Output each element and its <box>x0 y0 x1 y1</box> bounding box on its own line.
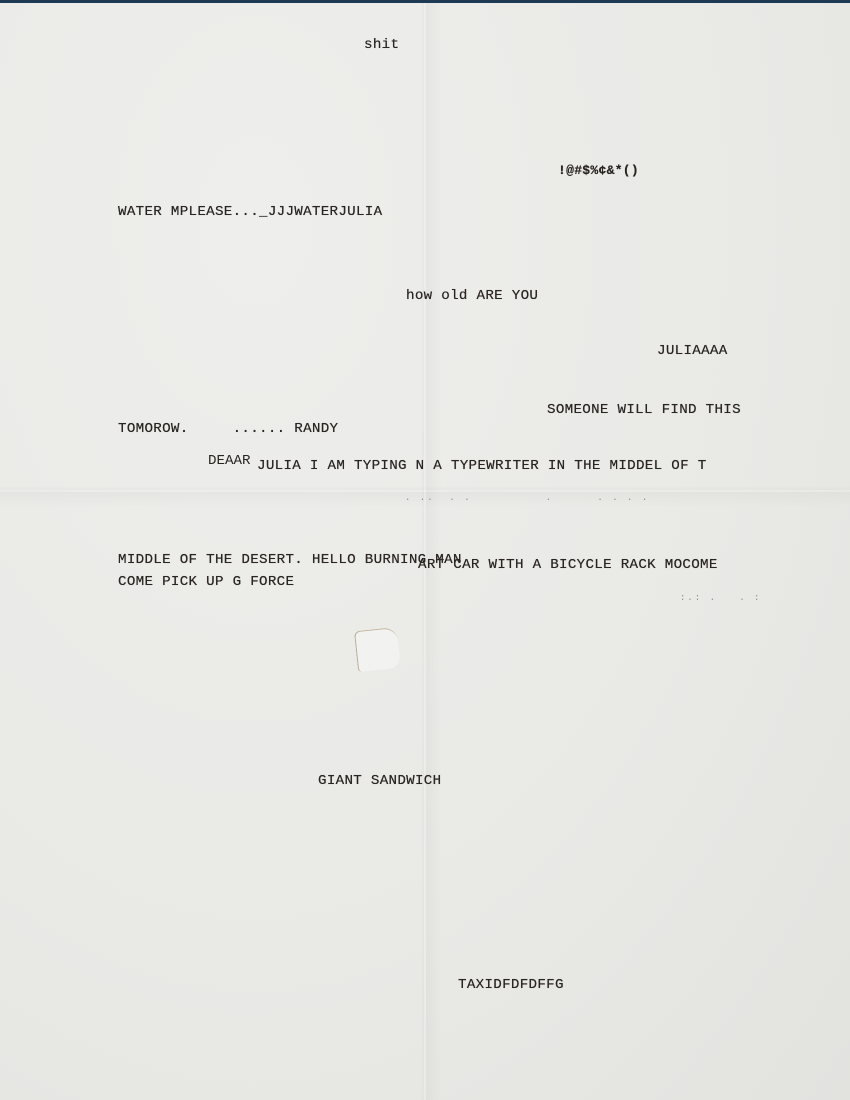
faint-impressions-2: :.: . . : <box>680 593 761 603</box>
water-line: WATER MPLEASE..._JJJWATERJULIA <box>118 204 382 220</box>
come-pick-line: COME PICK UP G FORCE <box>118 574 294 590</box>
tomorow-randy-line: TOMOROW. ...... RANDY <box>118 421 338 437</box>
faint-impressions: . .. . . . . . . . <box>405 493 649 503</box>
how-old-line: how old ARE YOU <box>406 288 538 304</box>
symbol-row: !@#$%¢&*() <box>558 163 639 178</box>
juliaaaa-line: JULIAAAA <box>657 343 728 359</box>
someone-line: SOMEONE WILL FIND THIS <box>547 402 741 418</box>
paper-tear-mark <box>354 627 401 672</box>
paper-page: shit !@#$%¢&*() WATER MPLEASE..._JJJWATE… <box>0 3 850 1100</box>
giant-sandwich-line: GIANT SANDWICH <box>318 773 441 789</box>
horizontal-fold-crease <box>0 490 850 492</box>
top-word: shit <box>364 37 399 53</box>
deaar-word: DEAAR <box>208 453 251 469</box>
middle-desert-line: MIDDLE OF THE DESERT. HELLO BURNING MAN <box>118 552 462 568</box>
art-car-line: ART CAR WITH A BICYCLE RACK MOCOME <box>418 557 718 573</box>
taxi-line: TAXIDFDFDFFG <box>458 977 564 993</box>
typing-line: JULIA I AM TYPING N A TYPEWRITER IN THE … <box>257 458 707 474</box>
